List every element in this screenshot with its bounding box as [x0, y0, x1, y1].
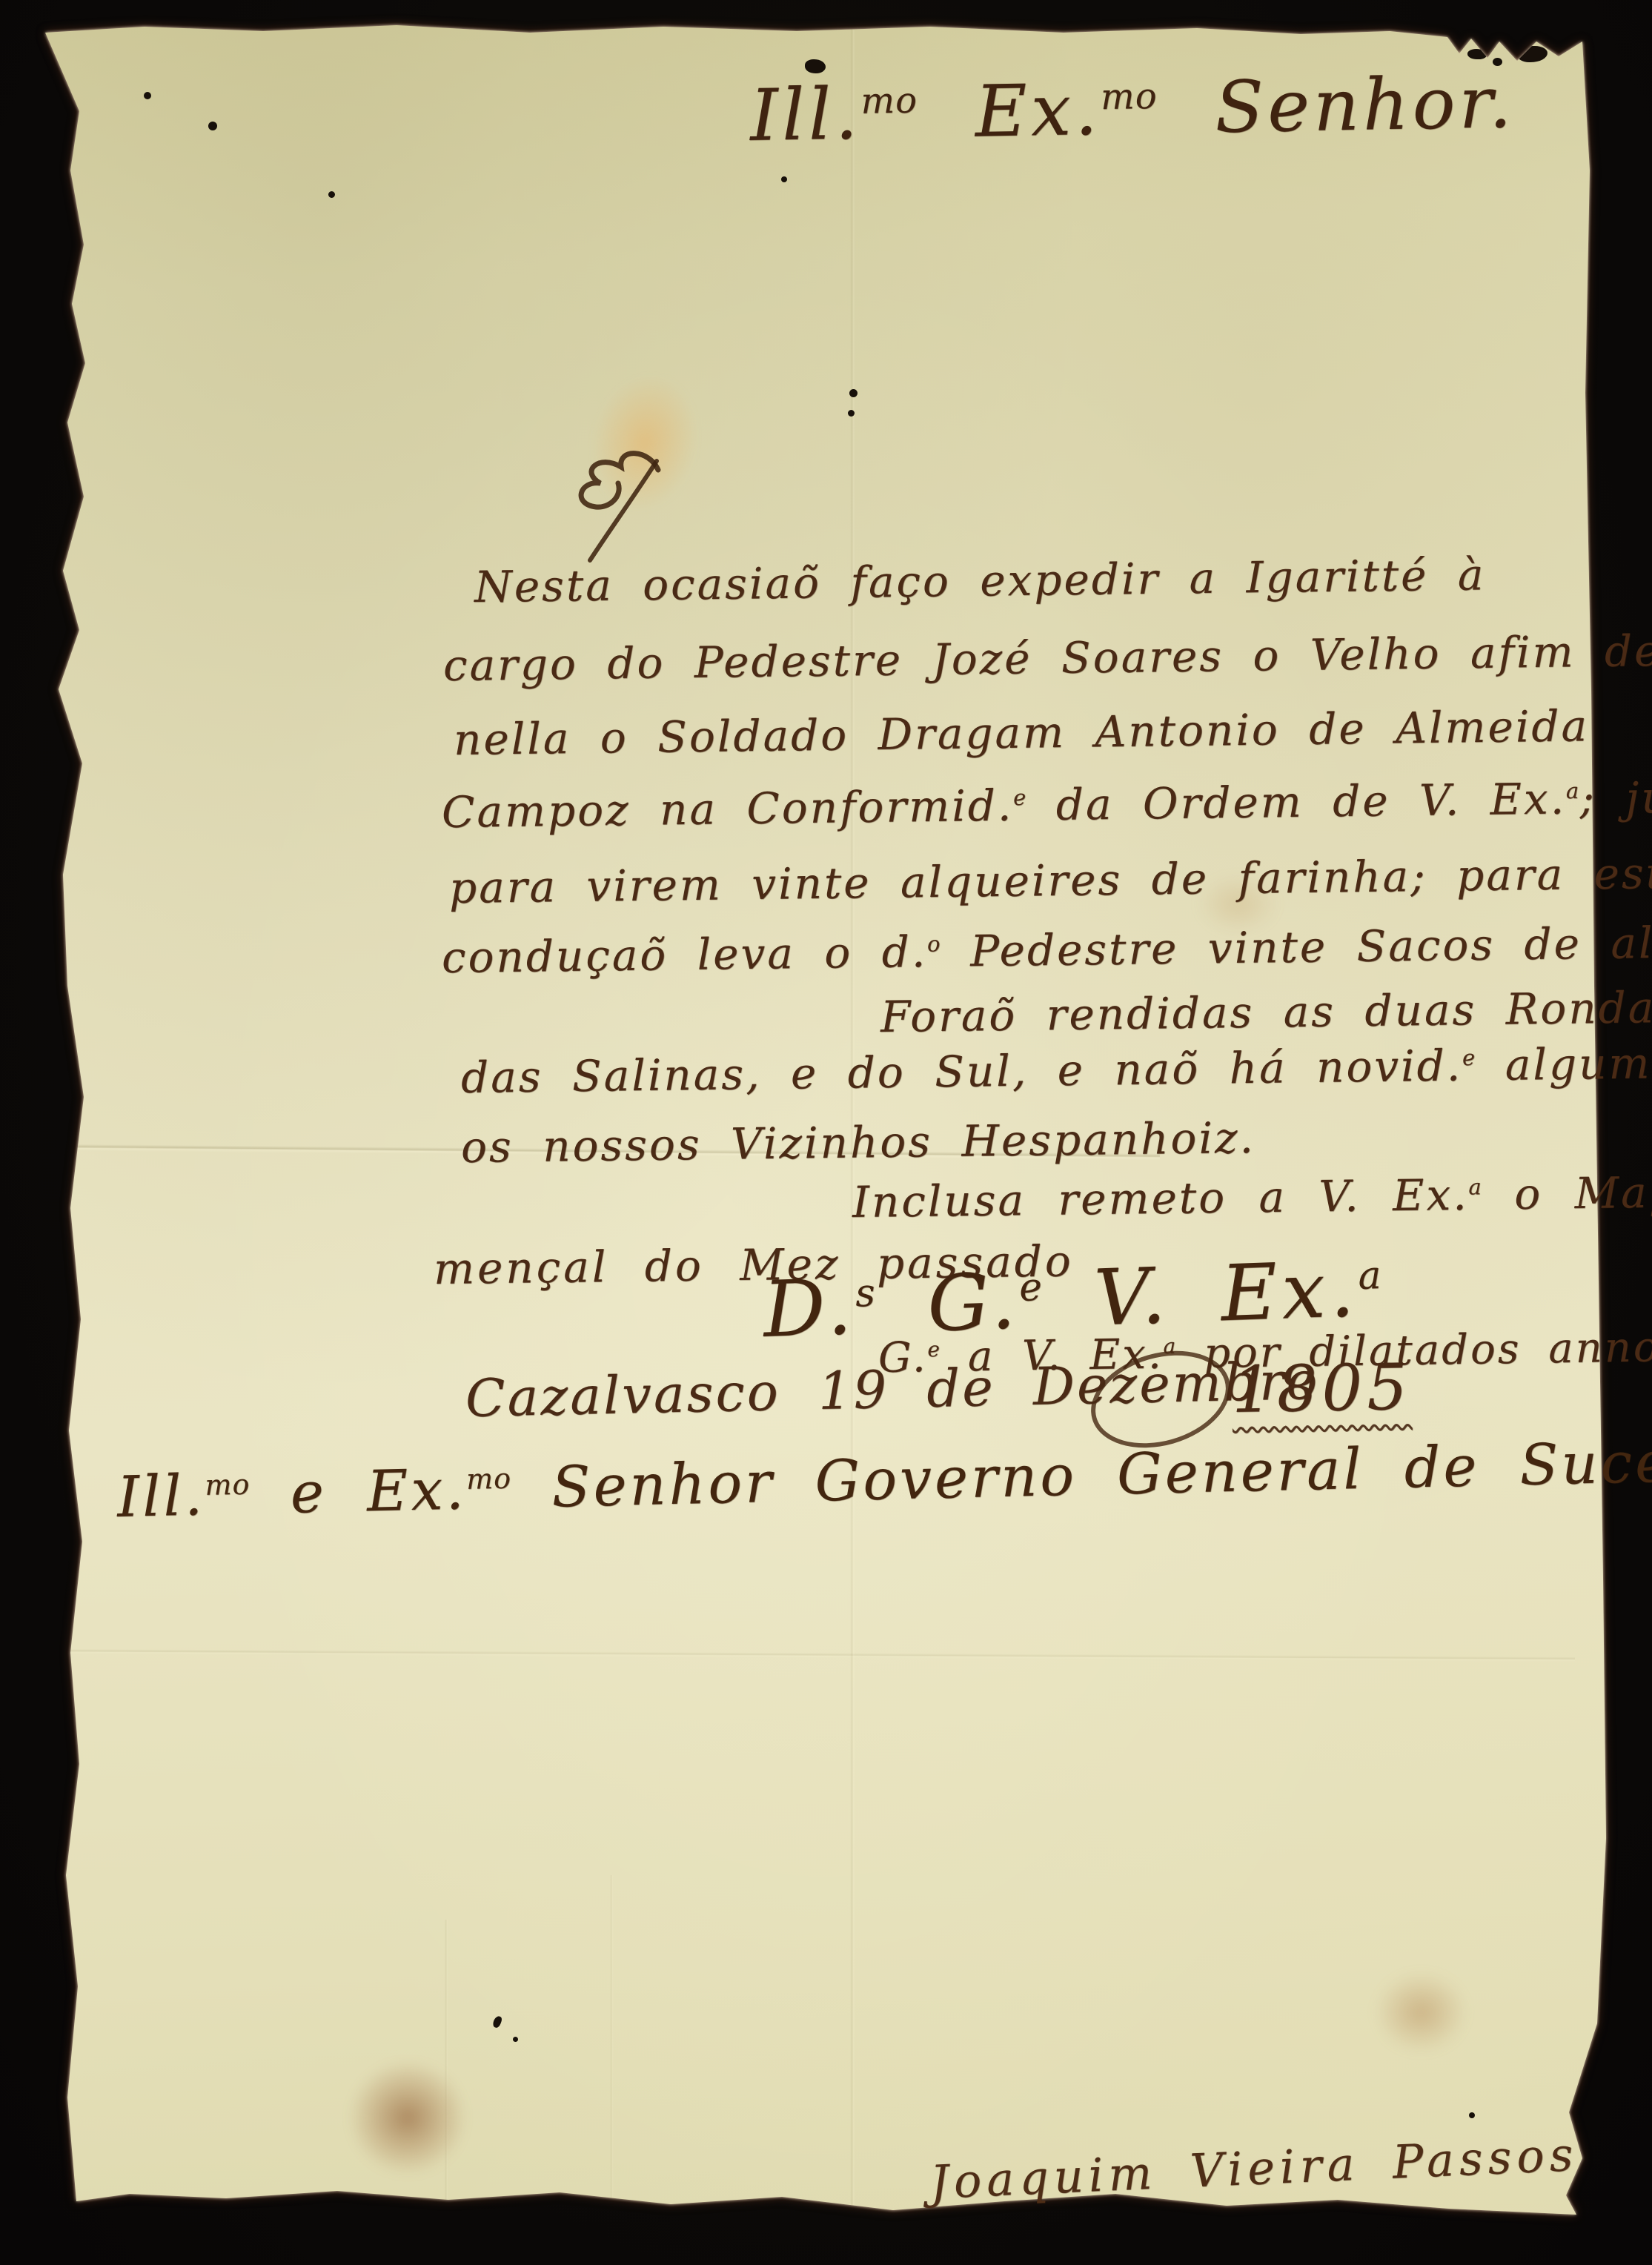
ink-speck [144, 92, 151, 99]
dateline-year: 1805 [1231, 1350, 1413, 1427]
body-line-7: Foraõ rendidas as duas Rondas, [880, 982, 1652, 1042]
ink-blot [1518, 46, 1547, 62]
stain-bottom-right [1375, 1971, 1467, 2053]
ink-speck [328, 191, 335, 198]
ink-speck [208, 122, 217, 130]
body-line-9: os nossos Vizinhos Hespanhoiz. [461, 1112, 1256, 1173]
ink-mark [492, 2015, 503, 2029]
salutation-line: Ill.mo Ex.mo Senhor. [749, 61, 1516, 157]
photographed-manuscript-letter: Ill.mo Ex.mo Senhor. Nesta ocasiaõ faço … [0, 0, 1652, 2265]
ink-speck [781, 176, 787, 182]
body-line-10: Inclusa remeto a V. Ex.a o Mapa [852, 1167, 1652, 1227]
stain-bottom-left [348, 2060, 467, 2175]
vertical-fold-crease [445, 1920, 448, 2209]
ink-speck [1469, 2112, 1475, 2118]
ink-speck [848, 410, 855, 417]
vertical-fold-crease [850, 27, 855, 2206]
ink-blot [1467, 49, 1487, 59]
ink-speck [849, 389, 857, 397]
ink-speck [513, 2037, 518, 2042]
vertical-fold-crease [610, 1875, 614, 2209]
ink-blot [805, 59, 826, 73]
stain-top-center [580, 365, 709, 520]
horizontal-fold-crease [48, 1649, 1575, 1662]
